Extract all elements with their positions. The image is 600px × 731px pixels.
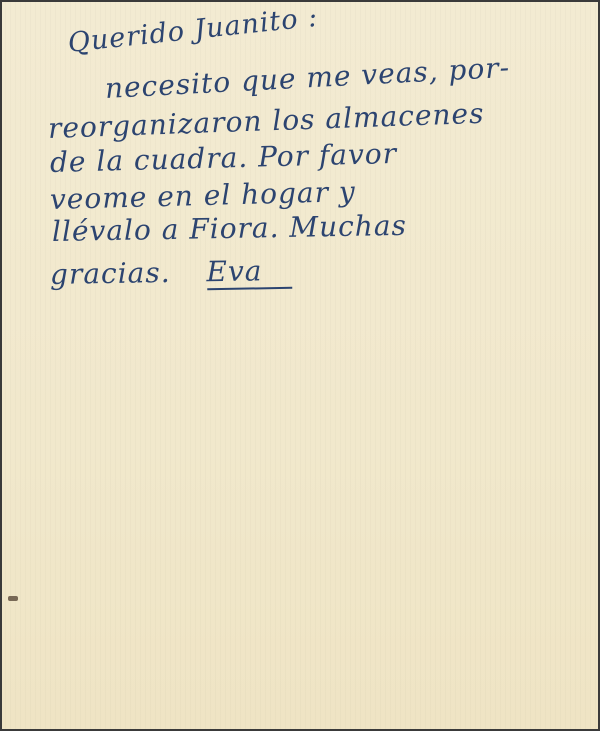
closing-text: gracias. (50, 256, 171, 291)
salutation: Querido Juanito : (66, 2, 319, 59)
letter-closing-line: gracias. Eva (50, 254, 293, 293)
paper-blemish (8, 596, 18, 601)
letter-page: Querido Juanito : necesito que me veas, … (0, 0, 600, 731)
letter-line-5: llévalo a Fiora. Muchas (52, 209, 407, 248)
signature: Eva (206, 254, 293, 290)
letter-line-1: necesito que me veas, por- (104, 51, 511, 105)
letter-line-3: de la cuadra. Por favor (50, 137, 398, 179)
